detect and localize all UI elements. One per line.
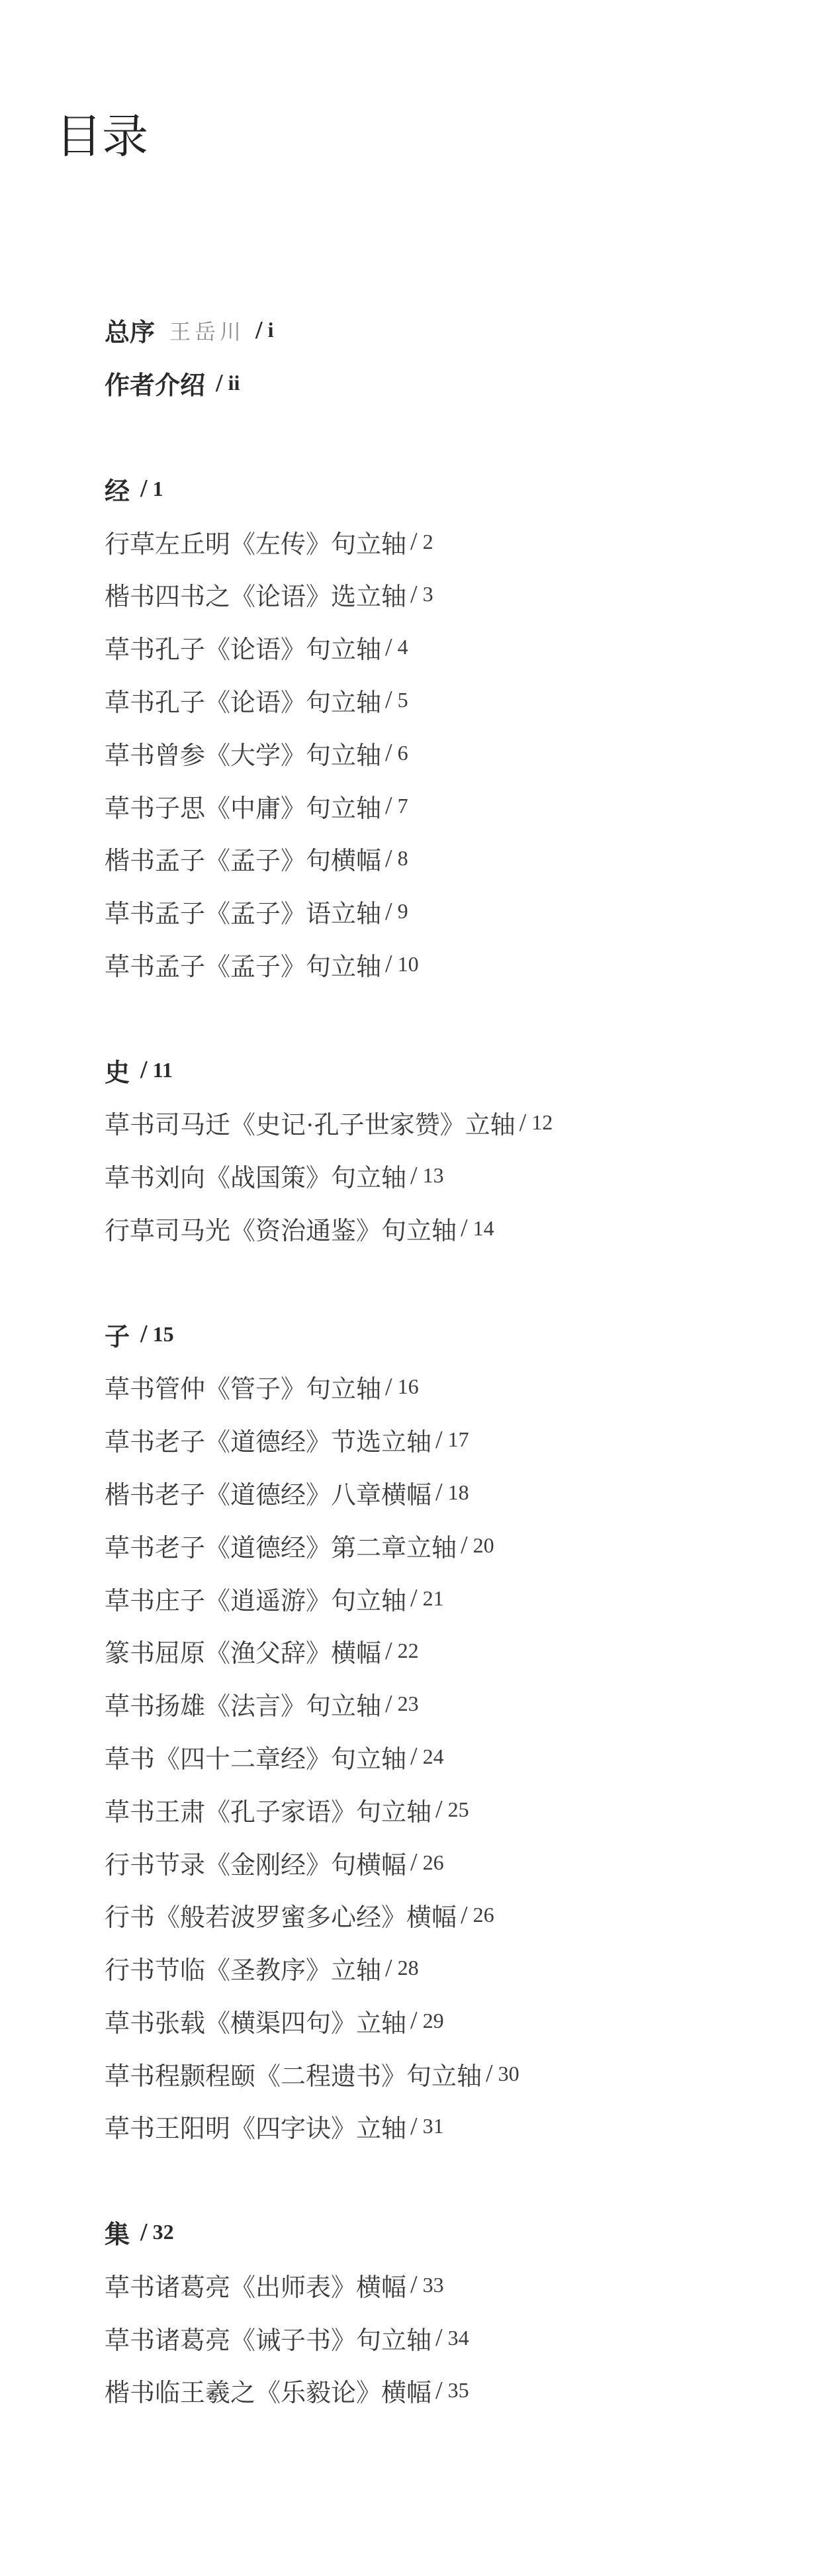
entry-label: 草书张载《横渠四句》立轴 [105, 2003, 406, 2039]
entry-page-number: 8 [398, 846, 408, 871]
entry-page-number: 16 [398, 1374, 419, 1399]
toc-section-jing[interactable]: 经 / 1 [105, 462, 766, 515]
entry-label: 草书老子《道德经》第二章立轴 [105, 1527, 457, 1564]
toc-entry[interactable]: 楷书老子《道德经》八章横幅/18 [105, 1466, 766, 1519]
entry-separator: / [385, 1690, 392, 1719]
entry-separator: / [140, 2218, 148, 2247]
toc-entry[interactable]: 草书子思《中庸》句立轴/7 [105, 779, 766, 832]
entry-page-number: ii [228, 371, 240, 395]
entry-author: 王岳川 [169, 315, 245, 346]
entry-label: 草书刘向《战国策》句立轴 [105, 1157, 406, 1194]
toc-entry[interactable]: 草书王阳明《四字诀》立轴/31 [105, 2100, 766, 2153]
section-heading: 集 [105, 2214, 130, 2250]
entry-page-number: 12 [531, 1110, 553, 1135]
spacer [105, 410, 766, 463]
entry-label: 草书孟子《孟子》语立轴 [105, 893, 381, 930]
toc-section-shi[interactable]: 史 / 11 [105, 1043, 766, 1096]
entry-label: 草书老子《道德经》节选立轴 [105, 1421, 431, 1458]
entry-separator: / [410, 2270, 418, 2299]
entry-separator: / [385, 1372, 392, 1402]
entry-page-number: 11 [153, 1058, 173, 1082]
entry-page-number: 26 [473, 1903, 494, 1927]
toc-entry[interactable]: 草书孟子《孟子》句立轴/10 [105, 938, 766, 991]
entry-label: 草书诸葛亮《诫子书》句立轴 [105, 2320, 431, 2356]
entry-separator: / [410, 1584, 418, 1613]
entry-label: 草书孔子《论语》句立轴 [105, 682, 381, 718]
entry-page-number: 33 [423, 2273, 444, 2297]
entry-page-number: 2 [423, 530, 433, 554]
toc-entry[interactable]: 草书孟子《孟子》语立轴 /9 [105, 885, 766, 938]
entry-separator: / [435, 2323, 443, 2352]
entry-separator: / [140, 1055, 148, 1084]
entry-label: 草书诸葛亮《出师表》横幅 [105, 2267, 406, 2303]
toc-entry[interactable]: 草书曾参《大学》句立轴/6 [105, 726, 766, 779]
entry-label: 楷书孟子《孟子》句横幅 [105, 840, 381, 877]
entry-separator: / [435, 1478, 443, 1507]
toc-entry[interactable]: 草书诸葛亮《出师表》横幅/33 [105, 2258, 766, 2311]
entry-label: 草书《四十二章经》句立轴 [105, 1739, 406, 1775]
entry-label: 行书《般若波罗蜜多心经》横幅 [105, 1897, 457, 1933]
entry-separator: / [461, 1214, 468, 1243]
entry-label: 行书节临《圣教序》立轴 [105, 1950, 381, 1986]
entry-separator: / [410, 527, 418, 556]
entry-separator: / [410, 1848, 418, 1877]
toc-entry[interactable]: 行草司马光《资治通鉴》句立轴/14 [105, 1202, 766, 1255]
entry-separator: / [461, 1531, 468, 1560]
toc-entry[interactable]: 草书老子《道德经》第二章立轴/20 [105, 1519, 766, 1572]
entry-label: 草书程颢程颐《二程遗书》句立轴 [105, 2056, 482, 2092]
toc-entry-preface[interactable]: 总序 王岳川 / i [105, 304, 766, 357]
toc-entry[interactable]: 草书司马迁《史记·孔子世家赞》立轴/12 [105, 1096, 766, 1149]
entry-page-number: 4 [398, 635, 408, 659]
table-of-contents: 总序 王岳川 / i 作者介绍 / ii 经 / 1 行草左丘明《左传》句立轴/… [105, 304, 766, 2417]
toc-entry[interactable]: 草书刘向《战国策》句立轴/13 [105, 1149, 766, 1202]
toc-entry[interactable]: 草书庄子《逍遥游》句立轴/21 [105, 1572, 766, 1625]
entry-page-number: 32 [153, 2220, 174, 2244]
section-heading: 史 [105, 1052, 130, 1088]
entry-label: 草书管仲《管子》句立轴 [105, 1368, 381, 1405]
section-heading: 经 [105, 471, 130, 507]
entry-separator: / [410, 2112, 418, 2141]
entry-page-number: 35 [448, 2378, 469, 2403]
entry-separator: / [385, 791, 392, 820]
toc-entry[interactable]: 草书诸葛亮《诫子书》句立轴/34 [105, 2311, 766, 2364]
toc-entry[interactable]: 草书扬雄《法言》句立轴/23 [105, 1678, 766, 1731]
toc-section-ji[interactable]: 集 / 32 [105, 2206, 766, 2259]
entry-label: 草书孟子《孟子》句立轴 [105, 946, 381, 982]
entry-label: 草书司马迁《史记·孔子世家赞》立轴 [105, 1104, 516, 1141]
entry-page-number: 34 [448, 2326, 469, 2350]
entry-page-number: 25 [448, 1797, 469, 1822]
entry-separator: / [385, 633, 392, 662]
entry-separator: / [140, 1319, 148, 1349]
entry-page-number: 28 [398, 1956, 419, 1980]
entry-separator: / [216, 369, 223, 398]
entry-page-number: 20 [473, 1533, 494, 1558]
entry-page-number: 29 [423, 2009, 444, 2033]
entry-page-number: 1 [153, 477, 163, 501]
entry-page-number: i [268, 318, 274, 342]
entry-separator: / [435, 1795, 443, 1824]
entry-separator: / [385, 844, 392, 873]
page-title: 目录 [56, 110, 148, 166]
toc-entry[interactable]: 草书《四十二章经》句立轴/24 [105, 1731, 766, 1784]
toc-entry[interactable]: 草书王肃《孔子家语》句立轴/25 [105, 1783, 766, 1836]
entry-separator: / [140, 474, 148, 503]
toc-entry[interactable]: 行书《般若波罗蜜多心经》横幅/26 [105, 1889, 766, 1942]
entry-separator: / [385, 1637, 392, 1666]
entry-label: 草书孔子《论语》句立轴 [105, 629, 381, 665]
entry-label: 草书子思《中庸》句立轴 [105, 788, 381, 824]
entry-separator: / [486, 2059, 493, 2088]
entry-separator: / [385, 685, 392, 714]
entry-separator: / [520, 1108, 527, 1137]
entry-label: 草书王阳明《四字诀》立轴 [105, 2108, 406, 2144]
entry-page-number: 23 [398, 1692, 419, 1716]
entry-separator: / [385, 897, 392, 926]
entry-page-number: 5 [398, 688, 408, 712]
entry-label: 总序 [105, 312, 155, 348]
toc-entry[interactable]: 草书孔子《论语》句立轴/5 [105, 674, 766, 727]
entry-label: 行书节录《金刚经》句横幅 [105, 1844, 406, 1881]
toc-section-zi[interactable]: 子 / 15 [105, 1308, 766, 1360]
entry-page-number: 30 [498, 2062, 520, 2086]
entry-page-number: 3 [423, 582, 433, 606]
toc-entry[interactable]: 行书节临《圣教序》立轴/28 [105, 1942, 766, 1995]
toc-entry[interactable]: 楷书四书之《论语》选立轴/3 [105, 568, 766, 621]
entry-page-number: 9 [398, 899, 408, 924]
toc-entry[interactable]: 草书孔子《论语》句立轴/4 [105, 621, 766, 674]
entry-separator: / [385, 738, 392, 767]
entry-separator: / [385, 1954, 392, 1983]
entry-separator: / [410, 580, 418, 609]
toc-entry[interactable]: 草书老子《道德经》节选立轴/17 [105, 1413, 766, 1466]
toc-entry[interactable]: 篆书屈原《渔父辞》横幅/22 [105, 1625, 766, 1678]
entry-page-number: 18 [448, 1480, 469, 1505]
entry-label: 楷书临王羲之《乐毅论》横幅 [105, 2372, 431, 2409]
entry-page-number: 24 [423, 1744, 444, 1769]
entry-label: 行草司马光《资治通鉴》句立轴 [105, 1210, 457, 1247]
entry-label: 篆书屈原《渔父辞》横幅 [105, 1633, 381, 1669]
entry-separator: / [435, 1425, 443, 1455]
toc-entry[interactable]: 草书程颢程颐《二程遗书》句立轴/30 [105, 2047, 766, 2100]
spacer [105, 2153, 766, 2206]
entry-separator: / [385, 949, 392, 978]
entry-page-number: 14 [473, 1216, 494, 1241]
entry-label: 草书庄子《逍遥游》句立轴 [105, 1580, 406, 1617]
toc-entry[interactable]: 行草左丘明《左传》句立轴/2 [105, 515, 766, 568]
entry-page-number: 10 [398, 952, 419, 977]
entry-label: 草书王肃《孔子家语》句立轴 [105, 1791, 431, 1828]
entry-label: 楷书四书之《论语》选立轴 [105, 576, 406, 612]
entry-page-number: 6 [398, 741, 408, 765]
entry-separator: / [461, 1901, 468, 1930]
toc-entry[interactable]: 楷书孟子《孟子》句横幅 /8 [105, 832, 766, 885]
toc-entry[interactable]: 草书张载《横渠四句》立轴/29 [105, 1995, 766, 2048]
entry-separator: / [255, 316, 263, 345]
spacer [105, 990, 766, 1043]
entry-label: 楷书老子《道德经》八章横幅 [105, 1474, 431, 1511]
entry-page-number: 21 [423, 1586, 444, 1611]
entry-page-number: 13 [423, 1163, 444, 1188]
entry-label: 作者介绍 [105, 365, 205, 401]
toc-entry-author-intro[interactable]: 作者介绍 / ii [105, 357, 766, 410]
entry-page-number: 17 [448, 1427, 469, 1452]
entry-separator: / [410, 1742, 418, 1771]
entry-page-number: 7 [398, 794, 408, 818]
entry-page-number: 22 [398, 1639, 419, 1663]
entry-separator: / [410, 1161, 418, 1190]
toc-entry[interactable]: 草书管仲《管子》句立轴/16 [105, 1360, 766, 1413]
spacer [105, 1255, 766, 1308]
entry-page-number: 31 [423, 2114, 444, 2138]
entry-label: 草书曾参《大学》句立轴 [105, 735, 381, 771]
entry-page-number: 15 [153, 1322, 174, 1347]
section-heading: 子 [105, 1316, 130, 1353]
entry-separator: / [435, 2376, 443, 2405]
entry-label: 草书扬雄《法言》句立轴 [105, 1686, 381, 1722]
toc-entry[interactable]: 楷书临王羲之《乐毅论》横幅/35 [105, 2364, 766, 2417]
toc-entry[interactable]: 行书节录《金刚经》句横幅/26 [105, 1836, 766, 1889]
entry-separator: / [410, 2006, 418, 2035]
entry-page-number: 26 [423, 1850, 444, 1875]
entry-label: 行草左丘明《左传》句立轴 [105, 524, 406, 560]
